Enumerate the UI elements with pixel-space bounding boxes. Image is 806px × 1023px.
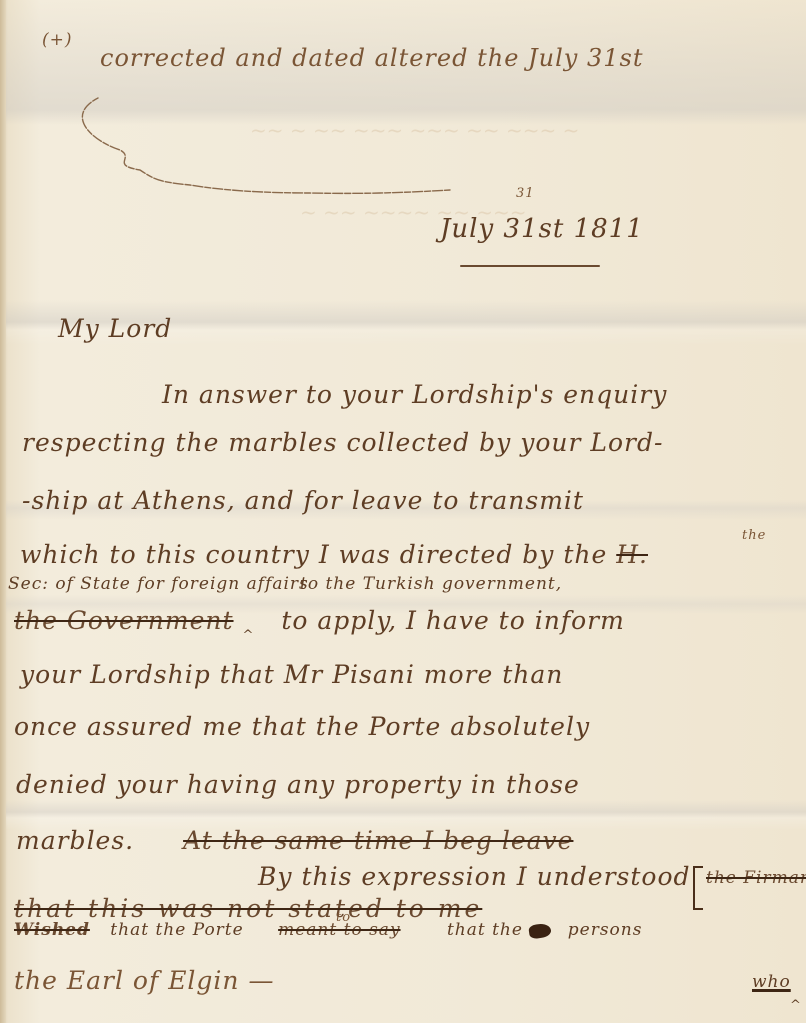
underscored-who: who: [752, 972, 791, 992]
body-line-8: once assured me that the Porte absolutel…: [14, 712, 590, 741]
body-line-1: In answer to your Lordship's enquiry: [162, 380, 667, 409]
continuation-persons: persons: [568, 920, 643, 940]
continuation-that-the: that the: [447, 920, 523, 940]
body-line-4-text: which to this country I was directed by …: [20, 540, 607, 569]
body-line-10-text: marbles.: [16, 826, 134, 855]
body-line-5a: Sec: of State for foreign affairs: [8, 574, 309, 594]
letter-page: ​~~ ~ ~~ ~~~ ~~~ ~~ ~~~ ~ ​~ ~~ ~~~~ ~~ …: [0, 0, 806, 1023]
struck-the-government: the Government: [14, 606, 234, 635]
body-line-3: -ship at Athens, and for leave to transm…: [22, 486, 584, 515]
body-line-6: the Government ^ to apply, I have to inf…: [14, 606, 625, 643]
struck-meant-to-say: meant to say: [278, 920, 400, 940]
date-line: July 31st 1811: [440, 214, 644, 244]
struck-opening-word: Wished: [14, 920, 90, 940]
ink-blot: [528, 922, 552, 939]
body-line-14: the Earl of Elgin —: [14, 966, 274, 995]
body-line-6-text: to apply, I have to inform: [281, 606, 624, 635]
body-line-9: denied your having any property in those: [16, 770, 580, 799]
marginal-note-mark: (+): [42, 30, 73, 50]
caret-mark: ^: [242, 628, 254, 643]
body-line-11: By this expression I understood: [258, 862, 691, 891]
date-insert: 31: [516, 186, 535, 201]
struck-h-abbrev: H.: [616, 540, 648, 569]
struck-that-this-was: that this was not stated to me: [14, 894, 482, 923]
marginal-note: corrected and dated altered the July 31s…: [100, 44, 643, 72]
body-line-2: respecting the marbles collected by your…: [22, 428, 663, 457]
closing-caret: ^: [790, 998, 802, 1013]
paper-edge: [0, 0, 6, 1023]
body-line-10: marbles. At the same time I beg leave: [16, 826, 573, 855]
flourish-line: [60, 90, 480, 200]
body-line-4: which to this country I was directed by …: [20, 540, 648, 569]
struck-bracket-word: the Firmans: [706, 868, 806, 888]
interlinear-the: the: [742, 528, 766, 543]
bracket-mark: [693, 866, 703, 910]
body-line-5b: to the Turkish government,: [300, 574, 562, 594]
date-underline: [460, 265, 600, 267]
body-line-7: your Lordship that Mr Pisani more than: [20, 660, 563, 689]
salutation: My Lord: [58, 314, 172, 343]
body-line-13: Wished that the Porte meant to say that …: [14, 920, 642, 940]
struck-at-the-same-time: At the same time I beg leave: [183, 826, 573, 855]
continuation-that-the-porte: that the Porte: [110, 920, 243, 940]
